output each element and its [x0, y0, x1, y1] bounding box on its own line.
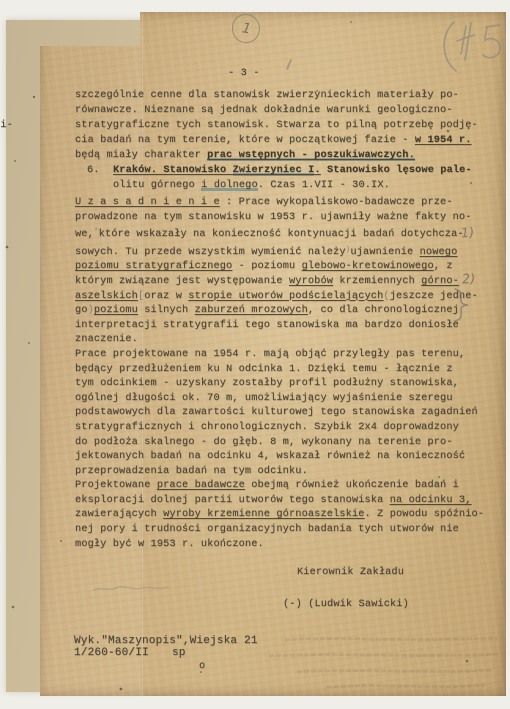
text-segment: równawcze. Nieznane są jednak dokładnie …: [75, 105, 453, 116]
text-segment: do podłoża skalnego - do głęb. 8 m, wyko…: [75, 437, 453, 448]
text-line: podstawowych dla zawartości kulturowej t…: [75, 406, 484, 421]
text-line: do podłoża skalnego - do głęb. 8 m, wyko…: [75, 436, 484, 451]
text-segment: . Czas 1.VII - 30.IX.: [258, 180, 390, 191]
left-edge-fragment: ci--: [0, 118, 13, 148]
text-segment: mogły być w 1953 r. ukończone.: [75, 539, 264, 550]
text-segment: glebowo-kretowinowego: [302, 261, 434, 272]
text-line: Kraków. Stanowisko Zwierzyniec I. Stanow…: [113, 163, 472, 178]
text-segment: Prace projektowane na 1954 r. mają objąć…: [75, 349, 465, 360]
text-line: ci-: [0, 118, 13, 133]
text-segment: poziomu: [94, 305, 138, 316]
text-line: - 3 -: [228, 66, 259, 81]
text-line: 6.: [87, 163, 100, 178]
text-segment: Kraków. Stanowisko: [113, 165, 233, 176]
body-paragraphs: U z a s a d n i e n i e : Prace wykopali…: [75, 196, 484, 552]
text-line: ogólnej długości ok. 70 m, umożliwiający…: [75, 392, 484, 407]
text-segment: ci-: [0, 120, 13, 131]
text-segment: , co dla chronologicznej: [308, 305, 459, 316]
text-segment: nowego: [420, 247, 458, 258]
text-segment: we,: [75, 229, 94, 240]
text-segment: prace badawcze: [157, 480, 245, 491]
text-segment: wyroby krzemienne górnoaszelskie: [163, 509, 364, 520]
margin-note-2: 2): [461, 272, 475, 288]
list-item-number: 6.: [87, 163, 100, 178]
text-line: będą miały charakter prac wstępnych - po…: [75, 148, 478, 163]
text-segment: stropie utworów podścielających: [188, 291, 383, 302]
text-segment: będący przedłużeniem ku N odcinka 1. Dzi…: [75, 364, 453, 375]
text-segment: Stanowisko lęsowe pale-: [321, 165, 472, 176]
text-segment: go: [75, 305, 88, 316]
text-segment: aszelskich: [75, 291, 138, 302]
text-line: -: [0, 133, 13, 148]
text-line: szczególnie cenne dla stanowisk zwierzyn…: [75, 88, 478, 103]
text-segment: oraz w: [144, 291, 188, 302]
text-segment: podstawowych dla zawartości kulturowej t…: [75, 407, 478, 418]
text-segment: poziomu stratygraficznego: [75, 261, 232, 272]
text-line: stratygraficznych i chronologicznych. Sz…: [75, 421, 484, 436]
text-line: go)poziomu silnych zaburzeń mrozowych, c…: [75, 304, 484, 319]
text-line: interpretacji stratygrafii tego stanowis…: [75, 319, 484, 334]
signature-name: (-) (Ludwik Sawicki): [283, 598, 409, 613]
text-segment: wyrobów: [289, 276, 333, 287]
text-segment: . Z powodu spóźnio-: [365, 509, 485, 520]
text-segment: będą miały charakter: [75, 150, 207, 161]
text-line: poziomu stratygraficznego - poziomu gleb…: [75, 260, 484, 275]
text-line: którym związane jest występowanie wyrobó…: [75, 275, 484, 290]
text-line: aszelskich[oraz w stropie utworów podści…: [75, 290, 484, 305]
text-segment: olitu górnego: [113, 180, 201, 191]
text-line: znaczenie.: [75, 333, 484, 348]
text-segment: zaburzeń mrozowych: [195, 305, 308, 316]
text-segment: , z: [434, 261, 453, 272]
margin-note-1: 1): [460, 225, 475, 241]
text-line: prowadzone na tym stanowisku w 1953 r. u…: [75, 211, 484, 226]
text-segment: - 3 -: [228, 68, 259, 79]
text-segment: silnych: [138, 305, 195, 316]
text-line: Projektowane prace badawcze obejmą równi…: [75, 479, 484, 494]
text-segment: obejmą również ukończenie badań i: [245, 480, 459, 491]
text-layer: - 3 -ci--szczególnie cenne dla stanowisk…: [0, 0, 510, 709]
text-line: stratygraficzne tych stanowisk. Stwarza …: [75, 118, 478, 133]
ghost-bleedthrough: [268, 632, 504, 698]
text-line: olitu górnego i dolnego. Czas 1.VII - 30…: [113, 178, 472, 193]
text-line: U z a s a d n i e n i e : Prace wykopali…: [75, 196, 484, 211]
text-segment: tym odcinkiem - uzyskany zostałby profil…: [75, 378, 459, 389]
footer-ref-number: 1/260-60/II: [74, 646, 149, 661]
text-segment: - poziomu: [232, 261, 301, 272]
text-segment: ujawnienie: [350, 247, 419, 258]
text-segment: i dolnego: [201, 180, 258, 191]
text-segment: eksploracji dolnej partii utworów tego s…: [75, 495, 390, 506]
circled-note-number: 1: [240, 20, 252, 37]
corner-scribble-icon: [436, 14, 506, 76]
text-segment: prowadzone na tym stanowisku w 1953 r. u…: [75, 212, 472, 223]
margin-brace-icon: [451, 287, 473, 323]
text-segment: znaczenie.: [75, 334, 138, 345]
text-line: eksploracji dolnej partii utworów tego s…: [75, 494, 484, 509]
text-segment: na odcinku 3,: [390, 495, 472, 506]
list-item-6-title: Kraków. Stanowisko Zwierzyniec I. Stanow…: [113, 163, 472, 193]
text-segment: szczególnie cenne dla stanowisk zwierzyn…: [75, 90, 459, 101]
circled-note: 1: [232, 14, 260, 43]
text-segment: U z a s a d n i e n i e: [75, 197, 220, 208]
text-segment: przeprowadzenia badań na tym odcinku.: [75, 466, 308, 477]
text-segment: interpretacji stratygrafii tego stanowis…: [75, 320, 459, 331]
footer-mark-o: o: [199, 660, 205, 675]
text-segment: krzemiennych: [333, 276, 421, 287]
scan-background: { "page": { "number": "- 3 -" }, "marks"…: [0, 0, 510, 709]
footer-initials: sp: [172, 646, 186, 661]
text-segment: nej pory i trudności organizacyjnych bad…: [75, 524, 459, 535]
text-line: przeprowadzenia badań na tym odcinku.: [75, 465, 484, 480]
intro-paragraph: szczególnie cenne dla stanowisk zwierzyn…: [75, 88, 478, 163]
text-line: we,*które wskazały na konieczność kontyn…: [75, 225, 484, 243]
text-segment: w 1954 r.: [415, 135, 472, 146]
text-line: będący przedłużeniem ku N odcinka 1. Dzi…: [75, 363, 484, 378]
text-line: mogły być w 1953 r. ukończone.: [75, 538, 484, 553]
text-line: sowych. Tu przede wszystkim wymienić nal…: [75, 243, 484, 261]
text-line: nej pory i trudności organizacyjnych bad…: [75, 523, 484, 538]
text-segment: prac wstępnych - poszukiwawczych.: [207, 150, 415, 161]
text-segment: stratygraficznych i chronologicznych. Sz…: [75, 422, 459, 433]
text-segment: : Prace wykopaliskowo-badawcze prze-: [220, 197, 453, 208]
ink-specks: [0, 0, 2, 2]
text-line: tym odcinkiem - uzyskany zostałby profil…: [75, 377, 484, 392]
text-segment: zawierających: [75, 509, 163, 520]
text-line: zawierających wyroby krzemienne górnoasz…: [75, 508, 484, 523]
text-segment: 6.: [87, 165, 100, 176]
text-segment: Zwierzyniec I: [233, 165, 315, 176]
text-line: Prace projektowane na 1954 r. mają objąć…: [75, 348, 484, 363]
text-segment: które wskazały na konieczność kontynuacj…: [99, 229, 464, 240]
text-segment: ogólnej długości ok. 70 m, umożliwiający…: [75, 393, 453, 404]
text-line: cia badań na tym terenie, które w począt…: [75, 133, 478, 148]
signature-role: Kierownik Zakładu: [297, 566, 404, 581]
pencil-scribble-bottom: [92, 580, 172, 596]
text-line: równawcze. Nieznane są jednak dokładnie …: [75, 103, 478, 118]
text-line: jektowanych badań na odcinku 4, wskazał …: [75, 450, 484, 465]
text-segment: jektowanych badań na odcinku 4, wskazał …: [75, 451, 465, 462]
text-segment: cia badań na tym terenie, które w począt…: [75, 135, 415, 146]
text-segment: górno-: [421, 276, 459, 287]
text-segment: sowych. Tu przede wszystkim wymienić nal…: [75, 247, 346, 258]
text-segment: którym związane jest występowanie: [75, 276, 289, 287]
text-segment: Projektowane: [75, 480, 157, 491]
page-number: - 3 -: [228, 66, 259, 81]
text-segment: stratygraficzne tych stanowisk. Stwarza …: [75, 120, 478, 131]
